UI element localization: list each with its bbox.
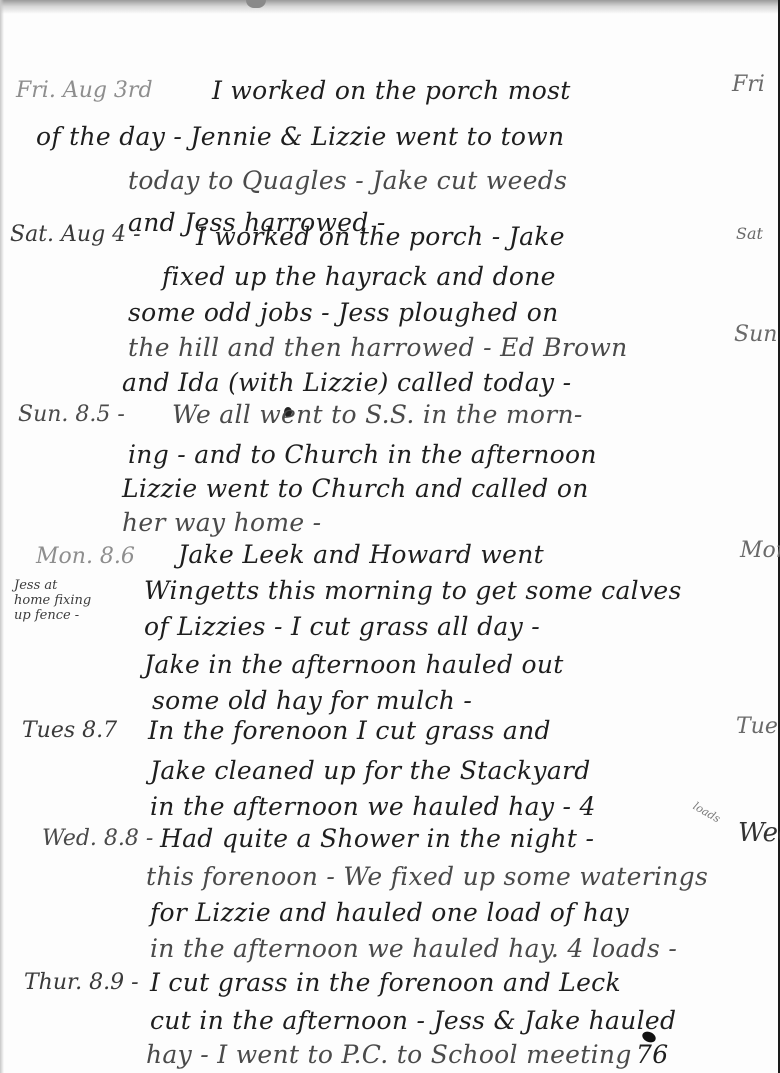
entry-line: hay - I went to P.C. to School meeting: [146, 1040, 632, 1069]
facing-page-date: Fri: [732, 72, 765, 97]
entry-line: Jake Leek and Howard went: [178, 540, 544, 569]
entry-line: some old hay for mulch -: [152, 686, 472, 715]
margin-note-line: home fixing: [14, 593, 91, 608]
margin-note-line: up fence -: [14, 608, 91, 623]
entry-line: of Lizzies - I cut grass all day -: [144, 612, 540, 641]
margin-note: Jess at home fixing up fence -: [14, 578, 91, 623]
page-top-shadow: [0, 0, 780, 14]
facing-page-date: Wed: [738, 818, 780, 848]
entry-line: her way home -: [122, 508, 321, 537]
entry-date: Wed. 8.8 -: [42, 826, 153, 851]
entry-date: Thur. 8.9 -: [24, 970, 139, 995]
entry-line: Lizzie went to Church and called on: [122, 474, 589, 503]
entry-line: We all went to S.S. in the morn-: [172, 400, 583, 429]
entry-line: ing - and to Church in the afternoon: [128, 440, 597, 469]
page-number: 76: [636, 1040, 668, 1069]
entry-line: Jake in the afternoon hauled out: [144, 650, 564, 679]
diary-page: Fri. Aug 3rd I worked on the porch most …: [0, 0, 780, 1073]
margin-note-line: Jess at: [14, 578, 91, 593]
entry-line: this forenoon - We fixed up some waterin…: [146, 862, 708, 891]
facing-page-date: Sat: [736, 224, 763, 243]
entry-line: fixed up the hayrack and done: [162, 262, 556, 291]
entry-date: Mon. 8.6: [36, 544, 135, 569]
entry-line: in the afternoon we hauled hay. 4 loads …: [150, 934, 677, 963]
entry-date: Sun. 8.5 -: [18, 402, 125, 427]
entry-line: Had quite a Shower in the night -: [160, 824, 594, 853]
facing-page-date: Tue: [736, 714, 778, 739]
entry-line: Wingetts this morning to get some calves: [144, 576, 682, 605]
entry-line: and Ida (with Lizzie) called today -: [122, 368, 571, 397]
entry-date: Tues 8.7: [22, 718, 117, 743]
entry-line: the hill and then harrowed - Ed Brown: [128, 333, 628, 362]
page-left-edge: [0, 0, 4, 1073]
entry-line: some odd jobs - Jess ploughed on: [128, 298, 559, 327]
entry-line: Jake cleaned up for the Stackyard: [150, 756, 591, 785]
entry-line: I worked on the porch - Jake: [196, 222, 565, 251]
entry-line: I cut grass in the forenoon and Leck: [150, 968, 621, 997]
entry-date: Fri. Aug 3rd: [16, 78, 153, 103]
loads-note: loads: [691, 800, 723, 826]
entry-line: In the forenoon I cut grass and: [148, 716, 551, 745]
facing-page-date: Sun: [734, 322, 777, 347]
entry-line: in the afternoon we hauled hay - 4: [150, 792, 596, 821]
entry-line: for Lizzie and hauled one load of hay: [150, 898, 629, 927]
facing-page-date: Mon: [740, 538, 780, 563]
entry-line: of the day - Jennie & Lizzie went to tow…: [36, 122, 564, 151]
entry-line: I worked on the porch most: [212, 76, 571, 105]
entry-date: Sat. Aug 4 -: [10, 222, 141, 247]
entry-line: today to Quagles - Jake cut weeds: [128, 166, 567, 195]
entry-line: cut in the afternoon - Jess & Jake haule…: [150, 1006, 676, 1035]
